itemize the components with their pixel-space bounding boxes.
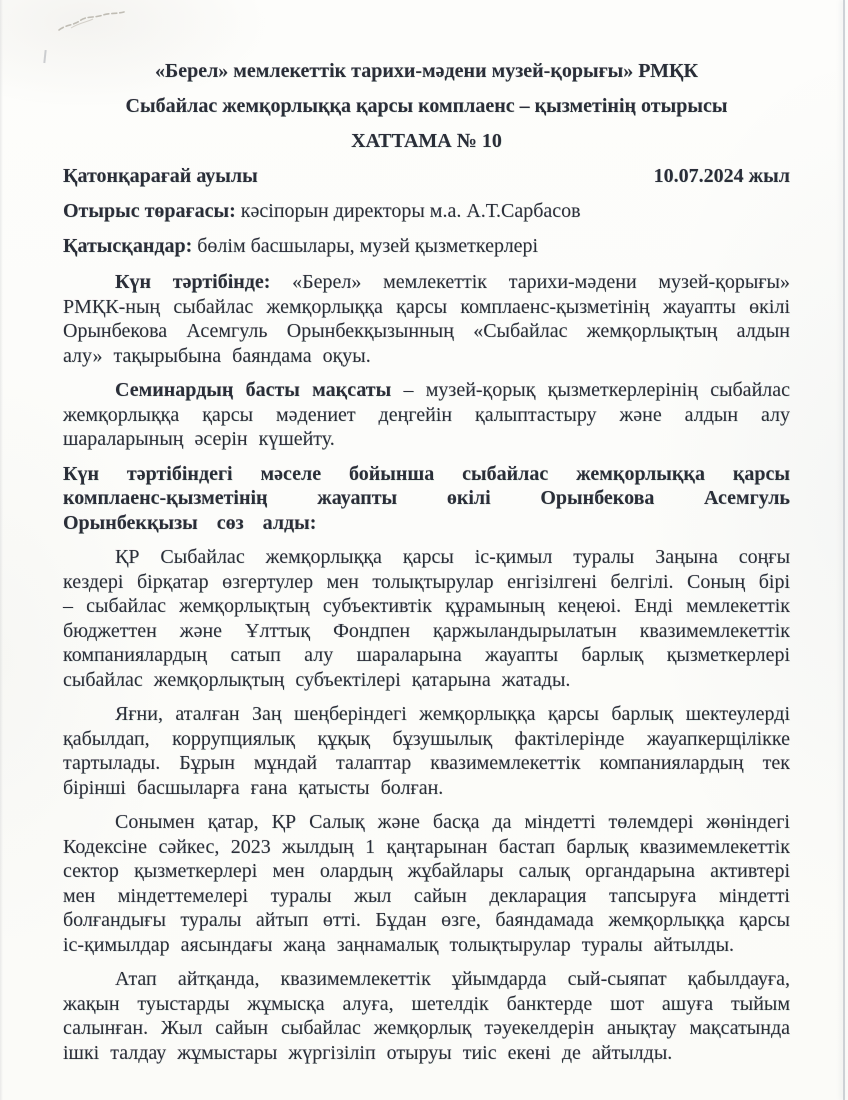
- paragraph-text: Яғни, аталған Заң шеңберіндегі жемқорлық…: [63, 703, 790, 799]
- paragraph-agenda: Күн тәртібінде: «Берел» мемлекеттік тари…: [63, 270, 790, 368]
- paragraph-text: ҚР Сыбайлас жемқорлыққа қарсы іс-қимыл т…: [63, 546, 790, 691]
- paragraph-text: Атап айтқанда, квазимемлекеттік ұйымдард…: [63, 968, 790, 1064]
- scan-speck-artifact: [43, 50, 46, 63]
- document-header: «Берел» мемлекеттік тарихи-мәдени музей-…: [63, 56, 790, 156]
- paragraph-lead-bold: Семинардың басты мақсаты: [115, 379, 391, 401]
- document-content: «Берел» мемлекеттік тарихи-мәдени музей-…: [63, 56, 790, 1075]
- paragraph-speaker-intro: Күн тәртібіндегі мәселе бойынша сыбайлас…: [63, 462, 790, 536]
- protocol-number: ХАТТАМА № 10: [63, 126, 790, 156]
- meta-row: Қатонқарағай ауылы 10.07.2024 жыл: [63, 163, 790, 190]
- paragraph-law-changes: ҚР Сыбайлас жемқорлыққа қарсы іс-қимыл т…: [63, 545, 790, 692]
- chairman-row: Отырыс төрағасы: кәсіпорын директоры м.а…: [63, 198, 790, 225]
- paragraph-prohibitions: Атап айтқанда, квазимемлекеттік ұйымдард…: [63, 967, 790, 1065]
- org-title: «Берел» мемлекеттік тарихи-мәдени музей-…: [63, 56, 790, 86]
- chairman-label: Отырыс төрағасы:: [63, 200, 236, 222]
- scanned-document-page: «Берел» мемлекеттік тарихи-мәдени музей-…: [0, 0, 848, 1100]
- participants-label: Қатысқандар:: [63, 235, 192, 257]
- meeting-title: Сыбайлас жемқорлыққа қарсы комплаенс – қ…: [63, 91, 790, 121]
- pencil-smudge-artifact: [56, 7, 128, 37]
- paragraph-text: Күн тәртібіндегі мәселе бойынша сыбайлас…: [63, 463, 790, 534]
- document-body: Күн тәртібінде: «Берел» мемлекеттік тари…: [63, 270, 790, 1065]
- paragraph-seminar-goal: Семинардың басты мақсаты – музей-қорық қ…: [63, 378, 790, 452]
- location-text: Қатонқарағай ауылы: [63, 163, 258, 190]
- paragraph-text: Сонымен қатар, ҚР Салық және басқа да мі…: [63, 811, 790, 956]
- paragraph-tax-code: Сонымен қатар, ҚР Салық және басқа да мі…: [63, 810, 790, 957]
- scan-edge-left-shadow: [0, 0, 3, 1100]
- paragraph-lead-bold: Күн тәртібінде:: [115, 271, 270, 293]
- date-text: 10.07.2024 жыл: [654, 163, 790, 190]
- chairman-value: кәсіпорын директоры м.а. А.Т.Сарбасов: [241, 200, 581, 222]
- scan-edge-right-shadow: [843, 0, 845, 1100]
- participants-row: Қатысқандар: бөлім басшылары, музей қызм…: [63, 233, 790, 260]
- paragraph-liability: Яғни, аталған Заң шеңберіндегі жемқорлық…: [63, 702, 790, 800]
- participants-value: бөлім басшылары, музей қызметкерлері: [197, 235, 538, 257]
